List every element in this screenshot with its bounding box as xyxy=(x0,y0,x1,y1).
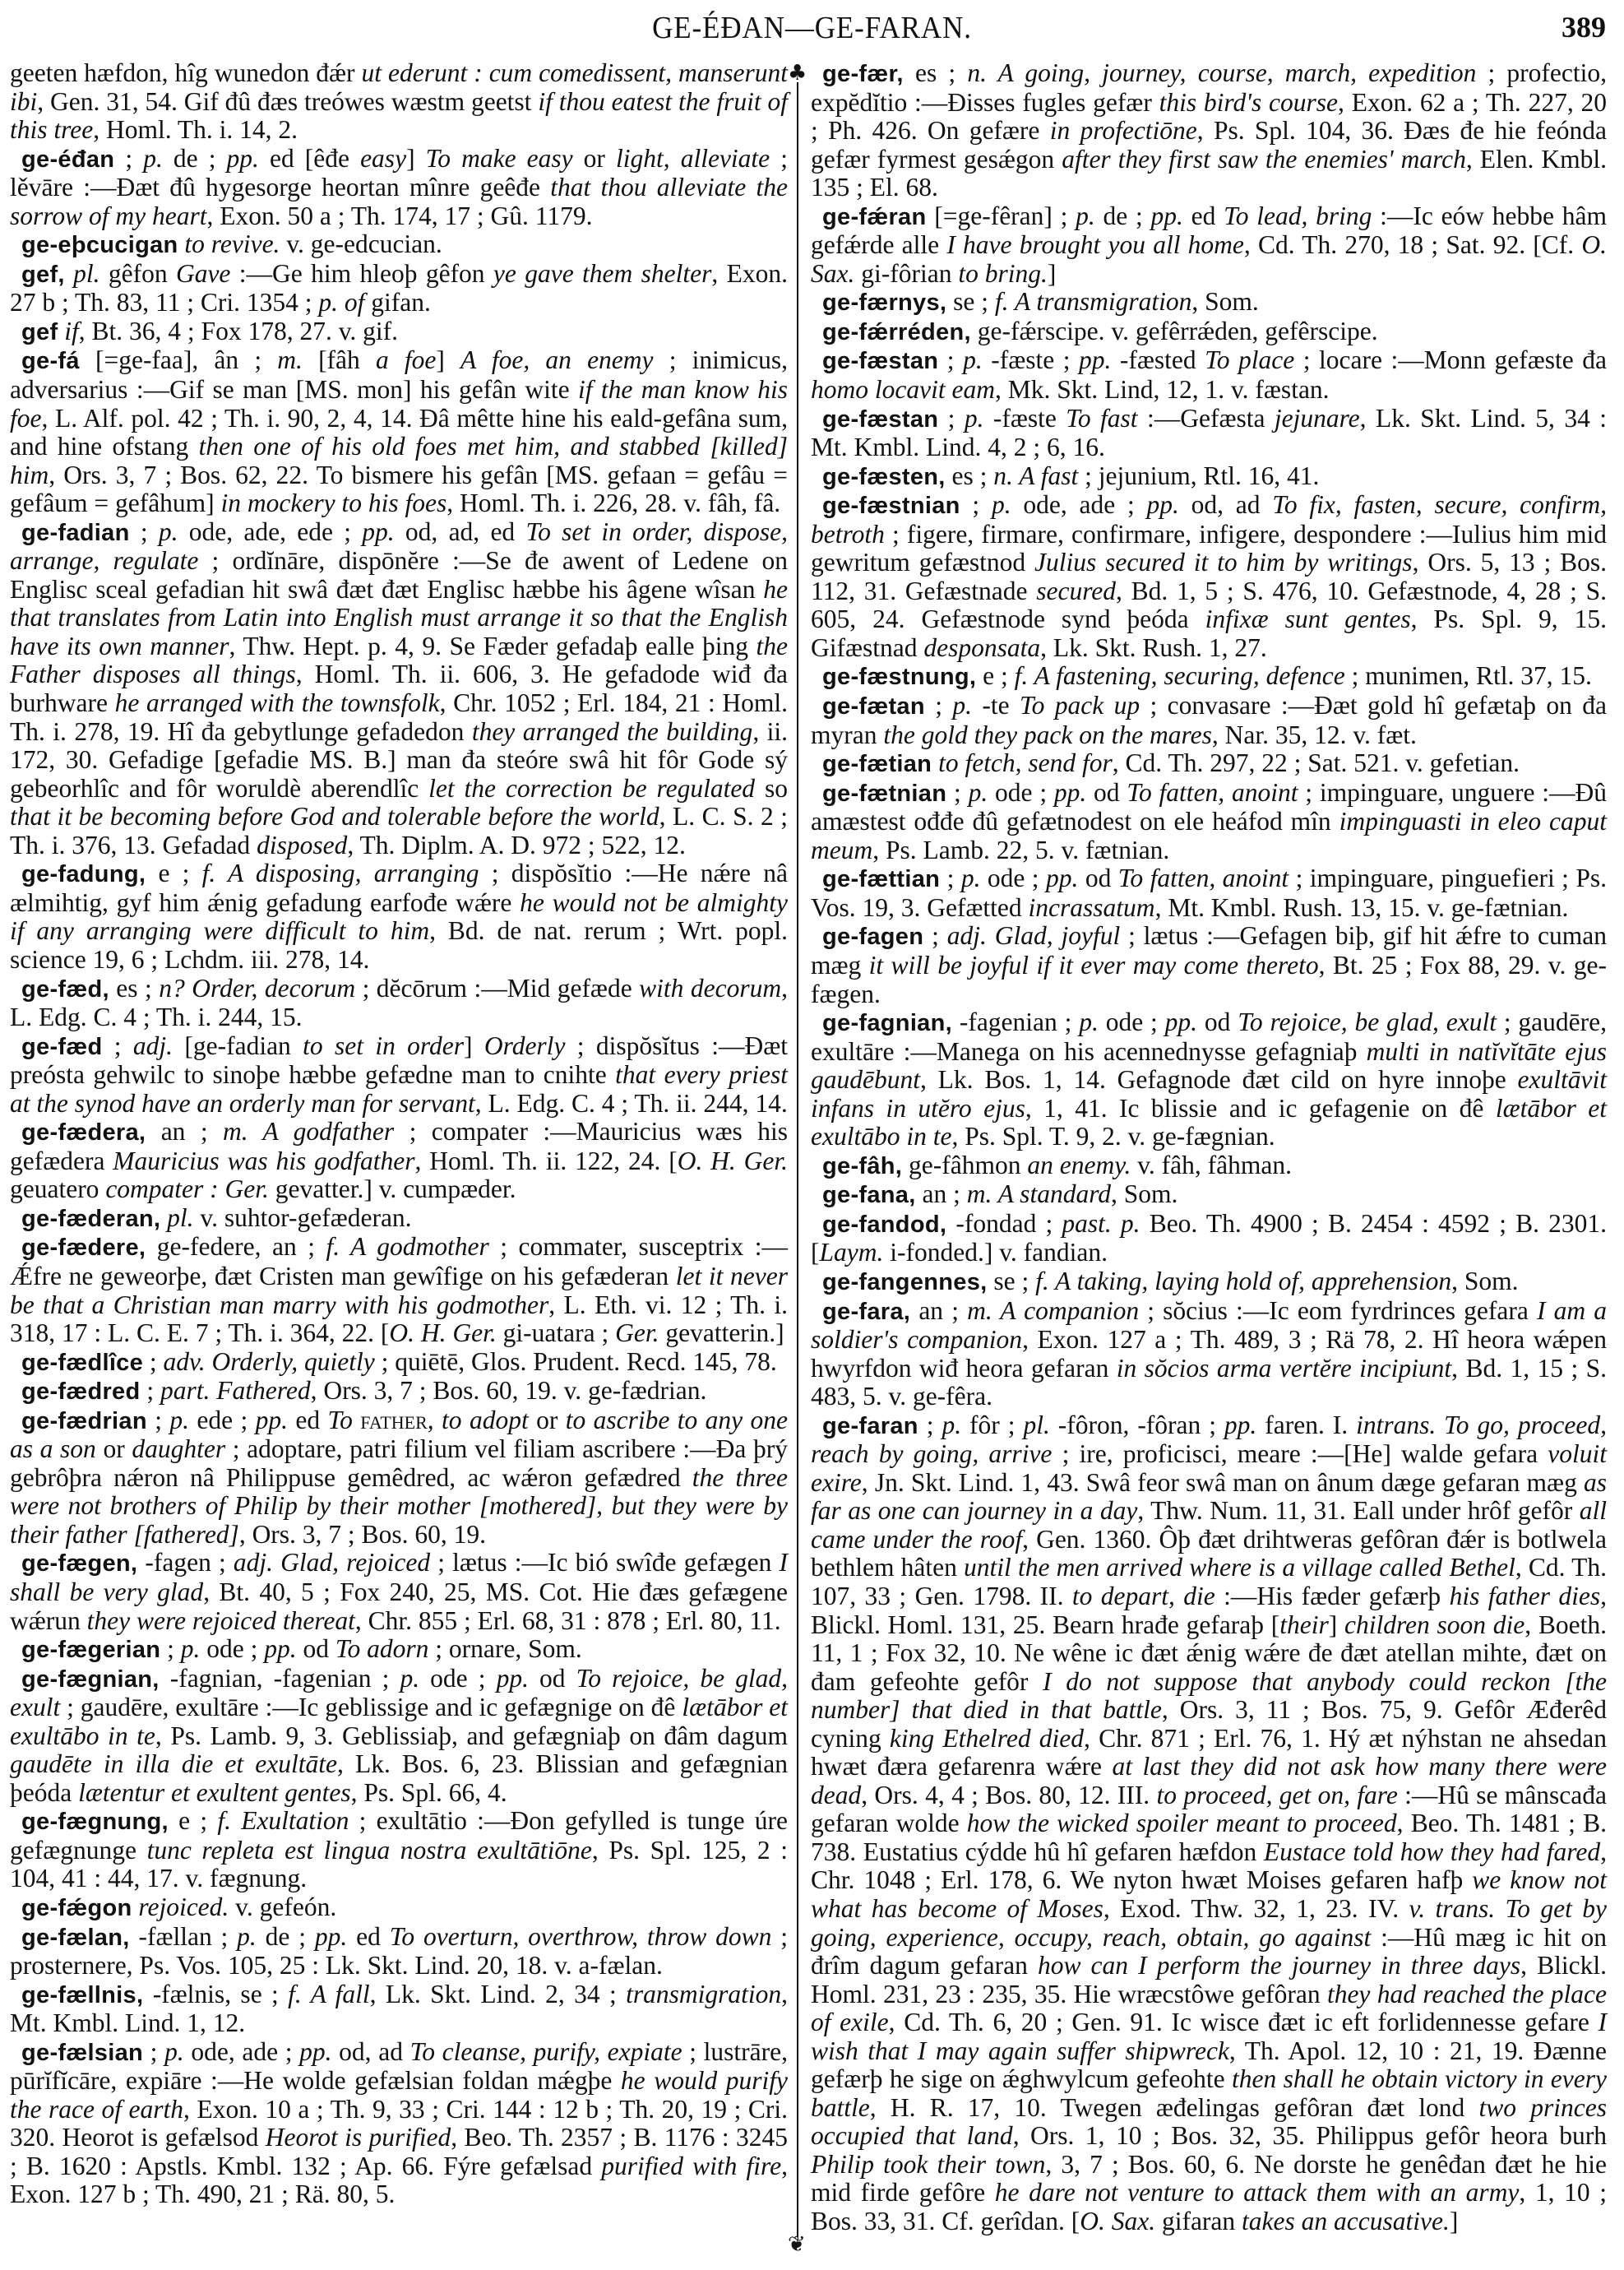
entry-text: ; xyxy=(938,404,965,433)
entry-text: , Ps. Spl. 66, 4. xyxy=(351,1778,507,1807)
entry-text: od xyxy=(1197,1008,1238,1036)
entry-text: , Som. xyxy=(1111,1179,1178,1208)
entry-text: gi-uatara ; xyxy=(497,1318,615,1347)
headword: ge-fæd, xyxy=(21,976,109,1003)
headword: ge-faran xyxy=(822,1413,918,1439)
italic-gloss: Gave xyxy=(176,259,230,288)
italic-gloss: pp. xyxy=(497,1664,529,1693)
entry-text: ; jejunium, Rtl. 16, 41. xyxy=(1078,461,1319,490)
entry-text: ; xyxy=(946,778,968,807)
dictionary-entry: ge-fǽgon rejoiced. v. gefeón. xyxy=(10,1893,788,1923)
headword: ge-fædere, xyxy=(21,1235,146,1261)
entry-text: gifan. xyxy=(364,288,430,317)
entry-text: de ; xyxy=(163,144,227,173)
entry-text: ode ; xyxy=(980,864,1046,892)
italic-gloss: to fetch, send for xyxy=(938,748,1113,777)
headword: ge-fægen, xyxy=(21,1550,137,1577)
italic-gloss: n. A fast xyxy=(993,461,1078,490)
italic-gloss: adj. Glad, joyful xyxy=(947,921,1120,950)
headword: ge-fagen xyxy=(822,924,923,950)
italic-gloss: disposed xyxy=(257,831,347,859)
entry-text: ; xyxy=(130,517,159,546)
entry-text: ] xyxy=(1048,259,1057,288)
entry-text: -fæsted xyxy=(1111,345,1205,374)
italic-gloss: p. xyxy=(181,1634,201,1663)
italic-gloss: m. xyxy=(277,345,303,374)
headword: ge-fæsten, xyxy=(822,464,946,490)
entry-text: , Bt. 36, 4 ; Fox 178, 27. v. gif. xyxy=(79,317,398,345)
dictionary-entry: ge-fædrian ; p. ede ; pp. ed To father, … xyxy=(10,1406,788,1550)
entry-text: , Ps. Lamb. 22, 5. v. fætnian. xyxy=(872,836,1169,864)
entry-text: or xyxy=(96,1434,132,1463)
entry-text: , Homl. Th. i. 226, 28. v. fâh, fâ. xyxy=(446,489,780,517)
italic-gloss: To fatten, anoint xyxy=(1118,864,1289,892)
entry-text: , Jn. Skt. Lind. 1, 43. Swâ feor swâ man… xyxy=(862,1468,1584,1497)
headword: ge-éđan xyxy=(21,146,114,173)
italic-gloss: O. H. Ger. xyxy=(678,1147,788,1175)
italic-gloss: p. xyxy=(965,404,984,433)
entry-text: an ; xyxy=(910,1296,967,1325)
entry-text: od, ad xyxy=(332,2037,410,2066)
italic-gloss: p. xyxy=(169,1406,189,1434)
italic-gloss: f. A fall xyxy=(288,1980,369,2008)
entry-text: ode, ade, ede ; xyxy=(178,517,363,546)
dictionary-entry: ge-fædred ; part. Fathered, Ors. 3, 7 ; … xyxy=(10,1377,788,1406)
italic-gloss: jejunare xyxy=(1275,404,1360,433)
entry-text: e ; xyxy=(169,1806,217,1835)
entry-text: , Som. xyxy=(1191,287,1258,316)
headword: ge-fægerian xyxy=(21,1637,160,1663)
italic-gloss: light, alleviate xyxy=(616,144,770,173)
headword: ge-fætan xyxy=(822,693,925,720)
dictionary-entry: ge-fara, an ; m. A companion ; sŏcius :—… xyxy=(811,1297,1607,1411)
entry-text: ] xyxy=(1329,1610,1344,1639)
italic-gloss: an enemy. xyxy=(1027,1151,1131,1179)
italic-gloss: a foe xyxy=(376,345,436,374)
entry-text: -fagenian ; xyxy=(952,1008,1079,1036)
italic-gloss: rejoiced. xyxy=(138,1892,229,1921)
italic-gloss: pp. xyxy=(1079,345,1111,374)
dictionary-entry: ge-fæstnian ; p. ode, ade ; pp. od, ad T… xyxy=(811,491,1607,662)
entry-text: ; ire, proficisci, meare :—[He] walde ge… xyxy=(1052,1439,1548,1468)
headword: ge-fælan, xyxy=(21,1925,130,1951)
entry-text: an ; xyxy=(146,1117,223,1146)
italic-gloss: Ger. xyxy=(615,1318,659,1347)
entry-text: , Ps. Spl. T. 9, 2. v. ge-fægnian. xyxy=(951,1122,1275,1151)
italic-gloss: p. xyxy=(400,1664,419,1693)
italic-gloss: adv. Orderly, quietly xyxy=(164,1347,375,1376)
entry-text: i-fonded.] v. fandian. xyxy=(883,1238,1108,1267)
entry-text: ; munimen, Rtl. 37, 15. xyxy=(1345,661,1592,690)
entry-text: [=ge-faa], ân ; xyxy=(80,345,277,374)
italic-gloss: , to adopt xyxy=(428,1406,529,1434)
entry-text: es ; xyxy=(109,974,159,1003)
entry-text: ; xyxy=(918,1411,942,1439)
headword: gef xyxy=(21,319,58,345)
italic-gloss: homo locavit eam xyxy=(811,375,995,404)
italic-gloss: he arranged with the townsfolk xyxy=(115,688,440,717)
entry-text: gevatter.] v. cumpæder. xyxy=(269,1174,516,1203)
entry-text: -fæste xyxy=(983,404,1066,433)
entry-text: ; locare :—Monn gefæste đa xyxy=(1294,345,1607,374)
entry-text: od, ad xyxy=(1179,490,1272,519)
headword: ge-fandod, xyxy=(822,1211,946,1238)
dictionary-entry: ge-fætnian ; p. ode ; pp. od To fatten, … xyxy=(811,779,1607,865)
dictionary-entry: ge-fá [=ge-faa], ân ; m. [fâh a foe] A f… xyxy=(10,346,788,517)
entry-text: , Gen. 31, 54. Gif đû đæs treówes wæstm … xyxy=(37,87,538,116)
right-column-entries: ge-fær, es ; n. A going, journey, course… xyxy=(811,59,1607,2236)
italic-gloss: pp. xyxy=(315,1922,347,1951)
italic-gloss: incrassatum xyxy=(1029,893,1155,922)
entry-text: gi-fôrian xyxy=(854,259,958,288)
headword: ge-fǽgon xyxy=(21,1895,132,1921)
dictionary-entry: gef, pl. gêfon Gave :—Ge him hleoþ gêfon… xyxy=(10,260,788,317)
dictionary-entry: ge-fagen ; adj. Glad, joyful ; lætus :—G… xyxy=(811,922,1607,1008)
entry-text: od, ad, ed xyxy=(395,517,526,546)
italic-gloss: he dare not venture to attack them with … xyxy=(995,2178,1520,2207)
entry-text: ] xyxy=(406,144,426,173)
entry-text: , L. Edg. C. 4 ; Th. ii. 244, 14. xyxy=(475,1089,788,1118)
italic-gloss: compater : Ger. xyxy=(105,1174,269,1203)
entry-text: gêfon xyxy=(100,259,176,288)
italic-gloss: this bird's course xyxy=(1159,88,1338,117)
entry-text: , Ors. 1, 10 ; Bos. 32, 35. Philippus ge… xyxy=(1013,2121,1607,2150)
left-column-entries: geeten hæfdon, hîg wunedon đǽr ut ederun… xyxy=(10,59,788,2209)
dictionary-entry: ge-fællnis, -fælnis, se ; f. A fall, Lk.… xyxy=(10,1980,788,2038)
entry-text: ge-fâhmon xyxy=(902,1151,1027,1179)
italic-gloss: lætentur et exultent gentes xyxy=(78,1778,351,1807)
entry-text: ] xyxy=(1450,2207,1459,2235)
headword: ge-fæstan xyxy=(822,406,938,433)
italic-gloss: n? Order, decorum xyxy=(159,974,355,1003)
italic-gloss: p. xyxy=(992,490,1011,519)
dictionary-entry: ge-fægen, -fagen ; adj. Glad, rejoiced ;… xyxy=(10,1549,788,1635)
dictionary-entry: ge-fadung, e ; f. A disposing, arranging… xyxy=(10,859,788,974)
headword: ge-fá xyxy=(21,348,80,374)
italic-gloss: f. A taking, laying hold of, apprehensio… xyxy=(1035,1267,1451,1295)
entry-text: , Exon. 50 a ; Th. 174, 17 ; Gû. 1179. xyxy=(206,202,592,230)
dictionary-entry: ge-fǽran [=ge-fêran] ; p. de ; pp. ed To… xyxy=(811,202,1607,289)
italic-gloss: that it be becoming before God and toler… xyxy=(10,802,659,831)
entry-text: es ; xyxy=(904,58,968,87)
entry-text: , Mt. Kmbl. Rush. 13, 15. v. ge-fætnian. xyxy=(1155,893,1569,922)
headword: gef, xyxy=(21,262,65,288)
dictionary-entry: ge-fædlîce ; adv. Orderly, quietly ; qui… xyxy=(10,1348,788,1378)
italic-gloss: f. A disposing, arranging xyxy=(202,859,479,887)
headword: ge-fæstnian xyxy=(822,493,960,519)
entry-text: , Lk. Skt. Lind. 2, 34 ; xyxy=(370,1980,626,2008)
headword: ge-fæstan xyxy=(822,348,938,374)
entry-text: , Homl. Th. ii. 122, 24. [ xyxy=(415,1147,678,1175)
italic-gloss: desponsata xyxy=(923,633,1040,662)
italic-gloss: To overturn, overthrow, throw down xyxy=(390,1922,772,1951)
italic-gloss: adj. xyxy=(133,1031,173,1060)
dictionary-entry: ge-éđan ; p. de ; pp. ed [êđe easy] To m… xyxy=(10,145,788,231)
entry-text: -fællan ; xyxy=(130,1922,238,1951)
italic-gloss: daughter xyxy=(132,1434,225,1463)
entry-text: -fagen ; xyxy=(137,1548,234,1577)
italic-gloss: his father dies xyxy=(1450,1582,1601,1610)
entry-text: ; xyxy=(141,1376,161,1405)
entry-text: ge-federe, an ; xyxy=(146,1232,326,1261)
entry-text: v. gefeón. xyxy=(229,1892,336,1921)
entry-text: , Cd. Th. 6, 20 ; Gen. 91. Ic wisce đæt … xyxy=(889,2008,1599,2036)
entry-text: ed xyxy=(288,1406,328,1434)
entry-text: ed xyxy=(1183,202,1224,230)
entry-text: -fôron, -fôran ; xyxy=(1050,1411,1224,1439)
entry-text: ; xyxy=(114,144,143,173)
italic-gloss: how can I perform the journey in three d… xyxy=(1038,1951,1520,1980)
entry-text: so xyxy=(755,774,788,803)
italic-gloss: pp. xyxy=(299,2037,331,2066)
entry-text: ; xyxy=(160,1634,181,1663)
italic-gloss: p. xyxy=(1079,1008,1099,1036)
italic-gloss: pl. xyxy=(73,259,99,288)
left-column: geeten hæfdon, hîg wunedon đǽr ut ederun… xyxy=(10,59,788,2209)
dictionary-entry: ge-fægnung, e ; f. Exultation ; exultāti… xyxy=(10,1807,788,1893)
italic-gloss: to proceed, get on, fare xyxy=(1156,1781,1397,1809)
dictionary-entry: ge-fadian ; p. ode, ade, ede ; pp. od, a… xyxy=(10,518,788,860)
headword: ge-fælsian xyxy=(21,2040,143,2066)
italic-gloss: ye gave them shelter xyxy=(493,259,711,288)
entry-text: , Homl. Th. i. 14, 2. xyxy=(93,115,298,144)
dictionary-entry: ge-fædere, ge-federe, an ; f. A godmothe… xyxy=(10,1233,788,1347)
entry-text: -fondad ; xyxy=(946,1209,1062,1238)
italic-gloss: p. xyxy=(961,864,981,892)
italic-gloss: To make easy xyxy=(426,144,573,173)
dictionary-entry: ge-fægnian, -fagnian, -fagenian ; p. ode… xyxy=(10,1665,788,1808)
dictionary-entry: ge-fæd ; adj. [ge-fadian to set in order… xyxy=(10,1032,788,1119)
entry-text: ; lætus :—Ic bió swîđe gefægen xyxy=(430,1548,779,1577)
headword: ge-fædlîce xyxy=(21,1350,143,1376)
italic-gloss: it will be joyful if it ever may come th… xyxy=(869,951,1319,980)
italic-gloss: the gold they pack on the mares xyxy=(883,720,1211,749)
dictionary-entry: ge-fagnian, -fagenian ; p. ode ; pp. od … xyxy=(811,1008,1607,1151)
entry-text: or xyxy=(573,144,616,173)
entry-text: ed xyxy=(347,1922,389,1951)
italic-gloss: To rejoice, be glad, exult xyxy=(1238,1008,1497,1036)
entry-text: :—His fæder gefærþ xyxy=(1215,1582,1450,1610)
italic-gloss: p. xyxy=(164,2037,184,2066)
entry-text xyxy=(65,259,73,288)
entry-text: v. ge-edcucian. xyxy=(280,229,442,258)
dictionary-entry: ge-fæderan, pl. v. suhtor-gefæderan. xyxy=(10,1204,788,1234)
italic-gloss: let the correction be regulated xyxy=(428,774,755,803)
italic-gloss: they were rejoiced thereat xyxy=(87,1606,355,1635)
entry-text: ; xyxy=(960,490,992,519)
entry-text xyxy=(932,748,938,777)
italic-gloss: children soon die xyxy=(1344,1610,1525,1639)
italic-gloss: Philip took their town xyxy=(811,2150,1045,2179)
entry-text: , Lk. Skt. Rush. 1, 27. xyxy=(1040,633,1267,662)
headword: ge-fætian xyxy=(822,751,932,777)
headword: ge-fara, xyxy=(822,1299,910,1325)
entry-text: ] xyxy=(464,1031,484,1060)
headword: ge-fǽrréden, xyxy=(822,319,971,345)
italic-gloss: m. A standard xyxy=(967,1179,1111,1208)
italic-gloss: Laym. xyxy=(820,1238,884,1267)
dictionary-entry: geeten hæfdon, hîg wunedon đǽr ut ederun… xyxy=(10,59,788,145)
italic-gloss: O. Sax. xyxy=(1080,2207,1155,2235)
italic-gloss: past. p. xyxy=(1062,1209,1140,1238)
headword: ge-fadung, xyxy=(21,861,146,887)
italic-gloss: m. A companion xyxy=(967,1296,1139,1325)
italic-gloss: infixæ sunt gentes xyxy=(1205,605,1411,633)
italic-gloss: to bring. xyxy=(958,259,1048,288)
entry-text: de ; xyxy=(257,1922,315,1951)
dictionary-entry: ge-fana, an ; m. A standard, Som. xyxy=(811,1180,1607,1210)
italic-gloss: pp. xyxy=(264,1634,296,1663)
headword: ge-fætnian xyxy=(822,781,946,807)
italic-gloss: p. xyxy=(237,1922,257,1951)
entry-text: , Ors. 4, 4 ; Bos. 80, 12. III. xyxy=(861,1781,1156,1809)
headword: ge-fællnis, xyxy=(21,1982,143,2008)
dictionary-entry: ge-fætan ; p. -te To pack up ; convasare… xyxy=(811,692,1607,749)
dictionary-entry: gef if, Bt. 36, 4 ; Fox 178, 27. v. gif. xyxy=(10,317,788,347)
italic-gloss: in profectiōne xyxy=(1050,116,1197,145)
entry-text: e ; xyxy=(146,859,201,887)
entry-text: , Exod. Thw. 32, 1, 23. IV. xyxy=(1103,1894,1409,1923)
entry-text: od xyxy=(1078,864,1117,892)
entry-text: od xyxy=(1086,778,1127,807)
italic-gloss: p. xyxy=(969,778,988,807)
dictionary-entry: ge-fægerian ; p. ode ; pp. od To adorn ;… xyxy=(10,1635,788,1665)
entry-text: de ; xyxy=(1095,202,1151,230)
entry-text: ge-fǽrscipe. v. gefêrrǽden, gefêrscipe. xyxy=(971,317,1378,345)
italic-gloss: To fast xyxy=(1066,404,1137,433)
entry-text: ede ; xyxy=(189,1406,256,1434)
italic-gloss: A foe, an enemy xyxy=(460,345,654,374)
headword: ge-fær, xyxy=(822,61,904,87)
italic-gloss: to set in order xyxy=(303,1031,464,1060)
italic-gloss: gaudēte in illa die et exultāte xyxy=(10,1749,337,1778)
headword: ge-fangennes, xyxy=(822,1269,988,1295)
italic-gloss: pp. xyxy=(1054,778,1086,807)
italic-gloss: pl. xyxy=(167,1203,193,1232)
entry-text: faren. I. xyxy=(1256,1411,1356,1439)
italic-gloss: adj. Glad, rejoiced xyxy=(234,1548,430,1577)
entry-text: se ; xyxy=(946,287,995,316)
entry-text: ; xyxy=(143,2037,164,2066)
italic-gloss: To xyxy=(328,1406,361,1434)
entry-text: ode ; xyxy=(200,1634,264,1663)
italic-gloss: p. xyxy=(159,517,178,546)
italic-gloss: easy xyxy=(360,144,406,173)
dictionary-entry: ge-faran ; p. fôr ; pl. -fôron, -fôran ;… xyxy=(811,1411,1607,2236)
entry-text: ; sŏcius :—Ic eom fyrdrinces gefara xyxy=(1139,1296,1537,1325)
entry-text: es ; xyxy=(946,461,994,490)
entry-text: -te xyxy=(972,691,1020,720)
entry-text: [=ge-fêran] ; xyxy=(926,202,1076,230)
headword: ge-fagnian, xyxy=(822,1010,952,1036)
italic-gloss: Eustace told how they had fared xyxy=(1264,1837,1600,1866)
headword: ge-fættian xyxy=(822,866,940,892)
entry-text: , Mk. Skt. Lind, 12, 1. v. fæstan. xyxy=(995,375,1330,404)
italic-gloss: king Ethelred died xyxy=(890,1724,1084,1753)
italic-gloss: f. A godmother xyxy=(326,1232,489,1261)
italic-gloss: pp. xyxy=(1224,1411,1256,1439)
italic-gloss: To pack up xyxy=(1020,691,1140,720)
headword: ge-fægnian, xyxy=(21,1666,160,1693)
dictionary-entry: ge-fǽrréden, ge-fǽrscipe. v. gefêrrǽden,… xyxy=(811,317,1607,347)
entry-text: , H. R. 17, 10. Twegen æđelingas gefôran… xyxy=(870,2093,1479,2122)
entry-text: ; xyxy=(923,921,946,950)
entry-text: ; xyxy=(102,1031,132,1060)
entry-text: , Thw. Hept. p. 4, 9. Se Fæder gefadaþ e… xyxy=(229,632,756,660)
dictionary-entry: ge-fær, es ; n. A going, journey, course… xyxy=(811,59,1607,202)
entry-text: v. fâh, fâhman. xyxy=(1131,1151,1292,1179)
entry-text: ] xyxy=(436,345,460,374)
entry-text: ; xyxy=(143,1347,164,1376)
trefoil-ornament-icon: ♣ xyxy=(788,63,807,84)
italic-gloss: they arranged the building xyxy=(472,717,753,746)
entry-text: , Ors. 3, 7 ; Bos. 60, 19. v. ge-fædrian… xyxy=(311,1376,707,1405)
entry-text: fôr ; xyxy=(961,1411,1023,1439)
italic-gloss: until the men arrived where is a village… xyxy=(964,1553,1515,1582)
italic-gloss: f. Exultation xyxy=(217,1806,349,1835)
entry-text: geeten hæfdon, hîg wunedon đǽr xyxy=(10,58,362,87)
entry-text: -fæste ; xyxy=(983,345,1079,374)
dictionary-entry: ge-fæd, es ; n? Order, decorum ; dĕcōrum… xyxy=(10,975,788,1032)
page-header: GE-ÉĐAN—GE-FARAN. 389 xyxy=(0,7,1624,48)
italic-gloss: in sŏcios arma vertĕre incipiunt xyxy=(1117,1354,1451,1383)
entry-text: od xyxy=(297,1634,335,1663)
headword: ge-fǽran xyxy=(822,204,926,230)
entry-text: se ; xyxy=(988,1267,1036,1295)
entry-text: , Cd. Th. 297, 22 ; Sat. 521. v. gefetia… xyxy=(1113,748,1520,777)
italic-gloss: how the wicked spoiler meant to proceed xyxy=(967,1809,1397,1837)
entry-text: ode ; xyxy=(988,778,1054,807)
running-title: GE-ÉĐAN—GE-FARAN. xyxy=(65,10,1559,46)
italic-gloss: O. H. Ger. xyxy=(389,1318,496,1347)
italic-gloss: p. xyxy=(963,345,983,374)
entry-text: ; xyxy=(925,691,953,720)
entry-text: v. suhtor-gefæderan. xyxy=(194,1203,412,1232)
italic-gloss: To lead, bring xyxy=(1224,202,1372,230)
headword: ge-fæderan, xyxy=(21,1206,160,1232)
entry-text: , Chr. 855 ; Erl. 68, 31 : 878 ; Erl. 80… xyxy=(355,1606,781,1635)
entry-text: gifaran xyxy=(1155,2207,1242,2235)
dictionary-entry: ge-fæstan ; p. -fæste ; pp. -fæsted To p… xyxy=(811,346,1607,404)
entry-text: geuatero xyxy=(10,1174,105,1203)
italic-gloss: pp. xyxy=(256,1406,288,1434)
dictionary-entry: ge-fæstnung, e ; f. A fastening, securin… xyxy=(811,662,1607,692)
italic-gloss: To adorn xyxy=(335,1634,429,1663)
italic-gloss: Mauricius was his godfather xyxy=(113,1147,414,1175)
headword: ge-eþcucigan xyxy=(21,232,178,258)
italic-gloss: p. of xyxy=(318,288,364,317)
headword: ge-fadian xyxy=(21,520,130,546)
italic-gloss: pp. xyxy=(227,144,259,173)
italic-gloss: pp. xyxy=(1046,864,1078,892)
entry-text: ode, ade ; xyxy=(184,2037,299,2066)
entry-text: ; quiētē, Glos. Prudent. Recd. 145, 78. xyxy=(375,1347,777,1376)
entry-text: ; xyxy=(938,345,963,374)
entry-text: od xyxy=(529,1664,576,1693)
entry-text: , Thw. Num. 11, 31. Eall under hrôf gefô… xyxy=(1137,1496,1579,1525)
dictionary-entry: ge-fâh, ge-fâhmon an enemy. v. fâh, fâhm… xyxy=(811,1151,1607,1181)
entry-text: :—Gefæsta xyxy=(1138,404,1275,433)
dictionary-entry: ge-fæstan ; p. -fæste To fast :—Gefæsta … xyxy=(811,405,1607,462)
entry-text: , Cd. Th. 270, 18 ; Sat. 92. [Cf. xyxy=(1244,230,1581,259)
italic-gloss: secured xyxy=(1036,577,1116,605)
headword: ge-fæd xyxy=(21,1034,102,1060)
entry-text: ed [êđe xyxy=(259,144,360,173)
italic-gloss: f. A transmigration xyxy=(995,287,1192,316)
italic-gloss: Julius secured it to him by writings xyxy=(1034,548,1413,577)
entry-text: ode, ade ; xyxy=(1011,490,1147,519)
italic-gloss: To cleanse, purify, expiate xyxy=(410,2037,682,2066)
